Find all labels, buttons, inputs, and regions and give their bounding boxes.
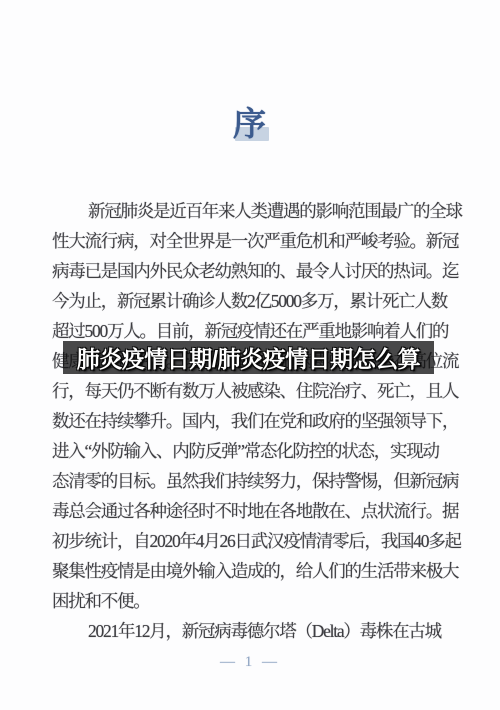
text-line: 2021年12月，新冠病毒德尔塔（Delta）毒株在古城: [52, 616, 452, 646]
text-line: 性大流行病，对全世界是一次严重危机和严峻考验。新冠: [52, 226, 452, 256]
text-line: 困扰和不便。: [52, 586, 452, 616]
text-line: 初步统计，自2020年4月26日武汉疫情清零后，我国40多起: [52, 526, 452, 556]
seo-overlay-title: 肺炎疫情日期/肺炎疫情日期怎么算: [77, 341, 420, 374]
seo-overlay-banner[interactable]: 肺炎疫情日期/肺炎疫情日期怎么算: [63, 341, 434, 374]
page-title: 序: [0, 98, 500, 145]
text-line: 态清零的目标。虽然我们持续努力，保持警惕，但新冠病: [52, 466, 452, 496]
scanned-book-page: 序 新冠肺炎是近百年来人类遭遇的影响范围最广的全球性大流行病，对全世界是一次严重…: [0, 0, 500, 710]
text-line: 毒总会通过各种途径时不时地在各地散在、点状流行。据: [52, 496, 452, 526]
text-line: 行，每天仍不断有数万人被感染、住院治疗、死亡，且人: [52, 376, 452, 406]
chapter-title-block: 序: [0, 98, 500, 144]
body-text: 新冠肺炎是近百年来人类遭遇的影响范围最广的全球性大流行病，对全世界是一次严重危机…: [52, 196, 452, 646]
text-line: 新冠肺炎是近百年来人类遭遇的影响范围最广的全球: [52, 196, 452, 226]
text-line: 病毒已是国内外民众老幼熟知的、最令人讨厌的热词。迄: [52, 256, 452, 286]
page-number: — 1 —: [0, 654, 500, 671]
text-line: 数还在持续攀升。国内，我们在党和政府的坚强领导下，: [52, 406, 452, 436]
text-line: 聚集性疫情是由境外输入造成的，给人们的生活带来极大: [52, 556, 452, 586]
text-line: 今为止，新冠累计确诊人数2亿5000多万，累计死亡人数: [52, 286, 452, 316]
text-line: 进入“外防输入、内防反弹”常态化防控的状态，实现动: [52, 436, 452, 466]
